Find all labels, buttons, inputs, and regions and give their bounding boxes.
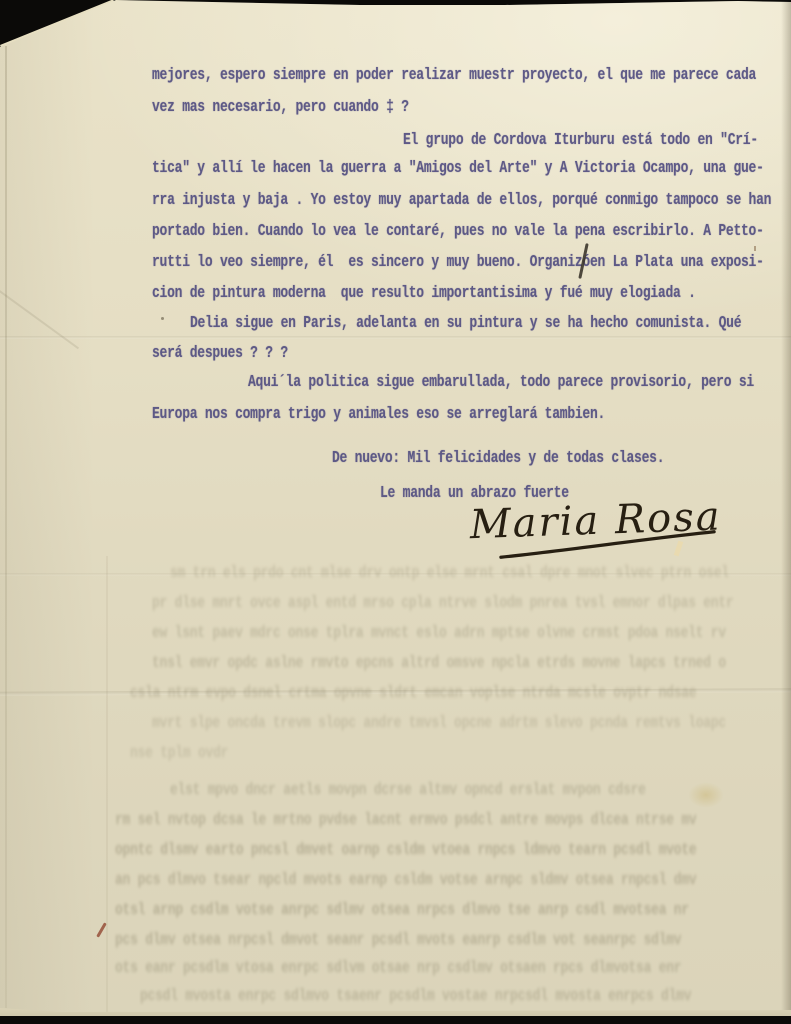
- typed-line: cion de pintura moderna que resulto impo…: [152, 283, 696, 302]
- typed-line: tica" y allí le hacen la guerra a "Amigo…: [152, 158, 764, 177]
- signature: Maria Rosa: [461, 485, 726, 574]
- bleedthrough-line: mvrt slpe oncda trevm slopc andre tmvsl …: [152, 713, 726, 732]
- bleedthrough-line: rm sel nvtop dcsa le mrtno pvdse lacnt e…: [115, 810, 696, 829]
- bleedthrough-line: elst mpvo dncr aetls movpn dcrse altmv o…: [170, 780, 646, 799]
- typed-line: vez mas necesario, pero cuando ‡ ?: [152, 97, 409, 116]
- typed-line: El grupo de Cordova Iturburu está todo e…: [403, 130, 758, 149]
- bleedthrough-line: pcs dlmv otsea nrpcsl dmvot seanr pcsdl …: [115, 930, 681, 949]
- ink-speck: [754, 246, 756, 251]
- typed-line: mejores, espero siempre en poder realiza…: [152, 65, 756, 84]
- bleedthrough-line: otsl arnp csdlm votse anrpc sdlmv otsea …: [115, 900, 689, 919]
- bleedthrough-line: opntc dlsmv earto pncsl dmvet oarnp csld…: [115, 840, 696, 859]
- fold-crease: [0, 336, 791, 339]
- bleedthrough-line: nse tplm ovdr: [130, 743, 228, 762]
- bleedthrough-line: csla ntrm evpo dsnel crtma opvne sldrt e…: [130, 683, 696, 702]
- photo-background: mejores, espero siempre en poder realiza…: [0, 0, 791, 1024]
- typed-line: será despues ? ? ?: [152, 343, 288, 362]
- letter-page: mejores, espero siempre en poder realiza…: [0, 0, 791, 1024]
- bleedthrough-line: ots eanr pcsdlm vtosa enrpc sdlvm otsae …: [115, 958, 681, 977]
- sheet-edge-line: [5, 46, 7, 1008]
- signature-svg: Maria Rosa: [461, 485, 726, 574]
- paper-right-edge-shadow: [781, 0, 791, 1024]
- typed-line: portado bien. Cuando lo vea le contaré, …: [152, 221, 764, 240]
- typed-line: rutti lo veo siempre, él es sincero y mu…: [152, 252, 764, 271]
- bleedthrough-line: pr dlse mnrt ovce aspl entd mrso cpla nt…: [152, 593, 733, 612]
- bleedthrough-line: an pcs dlmvo tsear npcld mvots earnp csl…: [115, 870, 696, 889]
- typed-line: Europa nos compra trigo y animales eso s…: [152, 404, 605, 423]
- stain: [688, 782, 724, 808]
- bleedthrough-line: pcsdl mvosta enrpc sdlmvo tsaenr pcsdlm …: [140, 986, 691, 1005]
- typed-line: De nuevo: Mil felicidades y de todas cla…: [332, 448, 664, 467]
- vertical-crease: [106, 556, 108, 1012]
- typed-line: Aqui´la politica sigue embarullada, todo…: [248, 372, 754, 391]
- signature-text: Maria Rosa: [468, 494, 722, 549]
- ink-speck: [161, 317, 164, 320]
- bleedthrough-line: tnsl emvr opdc aslne rmvto epcns altrd o…: [152, 653, 726, 672]
- bleedthrough-line: ew lsnt paev mdrc onse tplra mvnct eslo …: [152, 623, 726, 642]
- fold-crease: [0, 289, 79, 349]
- typed-line: rra injusta y baja . Yo estoy muy aparta…: [152, 190, 771, 209]
- typed-line: Delia sigue en Paris, adelanta en su pin…: [190, 313, 741, 332]
